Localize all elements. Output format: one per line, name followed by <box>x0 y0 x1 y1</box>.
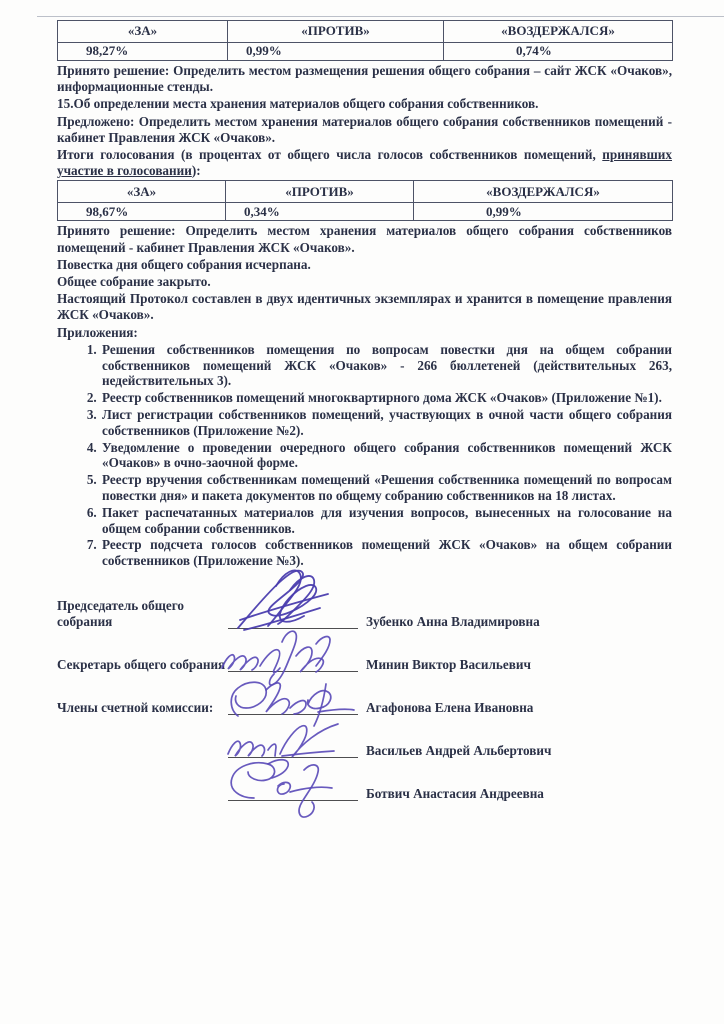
appendix-item: Решения собственников помещения по вопро… <box>100 342 672 389</box>
voting-results-suffix: ): <box>192 163 201 178</box>
value-za: 98,67% <box>58 203 226 221</box>
header-vozderzhalsya: «ВОЗДЕРЖАЛСЯ» <box>414 181 673 203</box>
signature-name: Минин Виктор Васильевич <box>366 657 531 676</box>
signature-row-chairman: Председатель общего собрания Зубенко Анн… <box>57 585 672 633</box>
signature-ink-vasilyev <box>222 718 352 764</box>
scan-artifact-line <box>37 16 724 17</box>
value-za: 98,27% <box>58 43 228 61</box>
signature-line <box>228 651 358 672</box>
agenda-item-15-title: 15.Об определении места хранения материа… <box>57 96 672 112</box>
table-header-row: «ЗА» «ПРОТИВ» «ВОЗДЕРЖАЛСЯ» <box>58 21 673 43</box>
value-vozderzhalsya: 0,99% <box>414 203 673 221</box>
signature-name: Ботвич Анастасия Андреевна <box>366 786 544 805</box>
scanned-protocol-page: «ЗА» «ПРОТИВ» «ВОЗДЕРЖАЛСЯ» 98,27% 0,99%… <box>0 0 724 1024</box>
signature-ink-botvich <box>220 752 340 826</box>
signature-name: Васильев Андрей Альбертович <box>366 743 551 762</box>
signature-row-committee-1: Члены счетной комиссии: Агафонова Елена … <box>57 676 672 719</box>
value-vozderzhalsya: 0,74% <box>444 43 673 61</box>
signature-ink-zubenko <box>224 564 346 636</box>
appendix-item: Реестр вручения собственникам помещений … <box>100 472 672 504</box>
signature-line <box>228 608 358 629</box>
proposed-paragraph: Предложено: Определить местом хранения м… <box>57 114 672 146</box>
appendix-item: Реестр подсчета голосов собственников по… <box>100 537 672 569</box>
signature-role-label: Председатель общего собрания <box>57 598 228 633</box>
header-za: «ЗА» <box>58 181 226 203</box>
signature-name: Агафонова Елена Ивановна <box>366 700 533 719</box>
decision-paragraph-2: Принято решение: Определить местом хране… <box>57 223 672 255</box>
signature-name: Зубенко Анна Владимировна <box>366 614 540 633</box>
signature-role-label <box>57 802 228 805</box>
table-value-row: 98,67% 0,34% 0,99% <box>58 203 673 221</box>
signature-role-label: Члены счетной комиссии: <box>57 700 228 719</box>
value-protiv: 0,34% <box>226 203 414 221</box>
signature-section: Председатель общего собрания Зубенко Анн… <box>57 585 672 805</box>
signature-row-committee-3: Ботвич Анастасия Андреевна <box>57 762 672 805</box>
table-value-row: 98,27% 0,99% 0,74% <box>58 43 673 61</box>
signature-role-label <box>57 759 228 762</box>
header-protiv: «ПРОТИВ» <box>226 181 414 203</box>
voting-results-prefix: Итоги голосования (в процентах от общего… <box>57 147 602 162</box>
signature-line <box>228 737 358 758</box>
decision-paragraph-1: Принято решение: Определить местом разме… <box>57 63 672 95</box>
signature-row-secretary: Секретарь общего собрания Минин Виктор В… <box>57 633 672 676</box>
appendix-title: Приложения: <box>57 325 672 341</box>
protocol-copies-paragraph: Настоящий Протокол составлен в двух иден… <box>57 291 672 323</box>
appendix-item: Уведомление о проведении очередного обще… <box>100 440 672 472</box>
voting-table-2: «ЗА» «ПРОТИВ» «ВОЗДЕРЖАЛСЯ» 98,67% 0,34%… <box>57 180 673 221</box>
signature-row-committee-2: Васильев Андрей Альбертович <box>57 719 672 762</box>
header-za: «ЗА» <box>58 21 228 43</box>
header-vozderzhalsya: «ВОЗДЕРЖАЛСЯ» <box>444 21 673 43</box>
appendix-list: Решения собственников помещения по вопро… <box>57 342 672 569</box>
voting-table-1: «ЗА» «ПРОТИВ» «ВОЗДЕРЖАЛСЯ» 98,27% 0,99%… <box>57 20 673 61</box>
meeting-closed-line: Общее собрание закрыто. <box>57 274 672 290</box>
appendix-item: Пакет распечатанных материалов для изуче… <box>100 505 672 537</box>
table-header-row: «ЗА» «ПРОТИВ» «ВОЗДЕРЖАЛСЯ» <box>58 181 673 203</box>
header-protiv: «ПРОТИВ» <box>228 21 444 43</box>
signature-line <box>228 694 358 715</box>
appendix-item: Реестр собственников помещений многоквар… <box>100 390 672 406</box>
voting-results-paragraph: Итоги голосования (в процентах от общего… <box>57 147 672 179</box>
agenda-exhausted-line: Повестка дня общего собрания исчерпана. <box>57 257 672 273</box>
signature-line <box>228 780 358 801</box>
signature-role-label: Секретарь общего собрания <box>57 657 228 676</box>
value-protiv: 0,99% <box>228 43 444 61</box>
appendix-item: Лист регистрации собственников помещений… <box>100 407 672 439</box>
